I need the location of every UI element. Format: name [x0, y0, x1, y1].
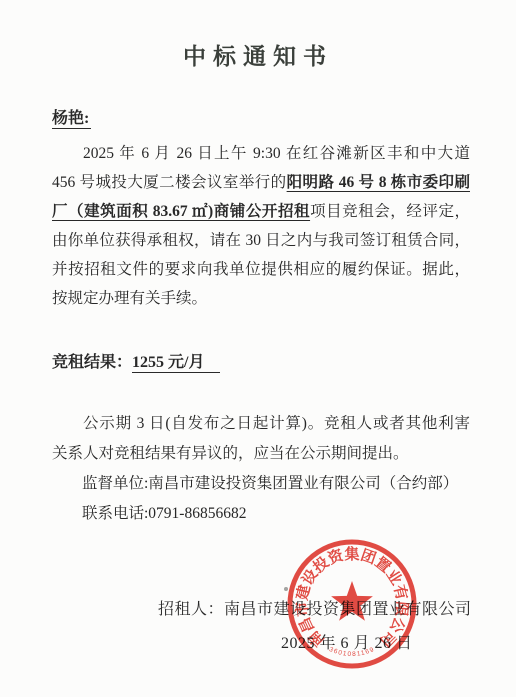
addressee-line: 杨艳:	[52, 105, 91, 128]
bid-result-value: 1255 元/月	[132, 354, 220, 373]
bid-result-line: 竞租结果：1255 元/月	[52, 348, 220, 377]
body-paragraph-1: 2025 年 6 月 26 日上午 9:30 在红谷滩新区丰和中大道 456 号…	[52, 139, 470, 313]
document-title: 中标通知书	[0, 38, 516, 71]
company-seal-stamp: 南昌市建设投资集团置业有限公司 3601081169	[282, 534, 422, 674]
para1-line-4: 由你单位获得承租权，请在 30 日之内与我司签订租赁合同，	[52, 226, 470, 255]
addressee-name: 杨艳:	[52, 110, 91, 129]
supervisor-line: 监督单位:南昌市建设投资集团置业有限公司（合约部）	[52, 469, 470, 499]
para1-line-2: 456 号城投大厦二楼会议室举行的阳明路 46 号 8 栋市委印刷	[52, 168, 470, 197]
project-name-part-2: 厂（建筑面积 83.67 ㎡)商铺公开招租	[52, 203, 310, 220]
seal-number-text: 3601081169	[328, 646, 376, 658]
seal-star-icon	[331, 581, 373, 621]
para1-line-3-normal: 项目竞租会，经评定，	[310, 203, 470, 220]
contact-phone-line: 联系电话:0791-86856682	[52, 499, 470, 529]
project-name-part-1: 阳明路 46 号 8 栋市委印刷	[287, 174, 470, 191]
bid-result-label: 竞租结果：	[52, 354, 132, 371]
para1-line-6: 按规定办理有关手续。	[52, 284, 470, 313]
para1-line-2-normal: 456 号城投大厦二楼会议室举行的	[52, 174, 287, 191]
document-page: 中标通知书 杨艳: 2025 年 6 月 26 日上午 9:30 在红谷滩新区丰…	[0, 0, 516, 697]
para1-line-5: 并按招租文件的要求向我单位提供相应的履约保证。据此，	[52, 255, 470, 284]
para1-line-3: 厂（建筑面积 83.67 ㎡)商铺公开招租项目竞租会，经评定，	[52, 197, 470, 226]
para2-line-2: 关系人对竞租结果有异议的，应当在公示期间提出。	[52, 439, 470, 469]
para2-line-1: 公示期 3 日(自发布之日起计算)。竞租人或者其他利害	[52, 409, 470, 439]
body-paragraph-2: 公示期 3 日(自发布之日起计算)。竞租人或者其他利害 关系人对竞租结果有异议的…	[52, 409, 470, 529]
para1-line-1: 2025 年 6 月 26 日上午 9:30 在红谷滩新区丰和中大道	[52, 139, 470, 168]
